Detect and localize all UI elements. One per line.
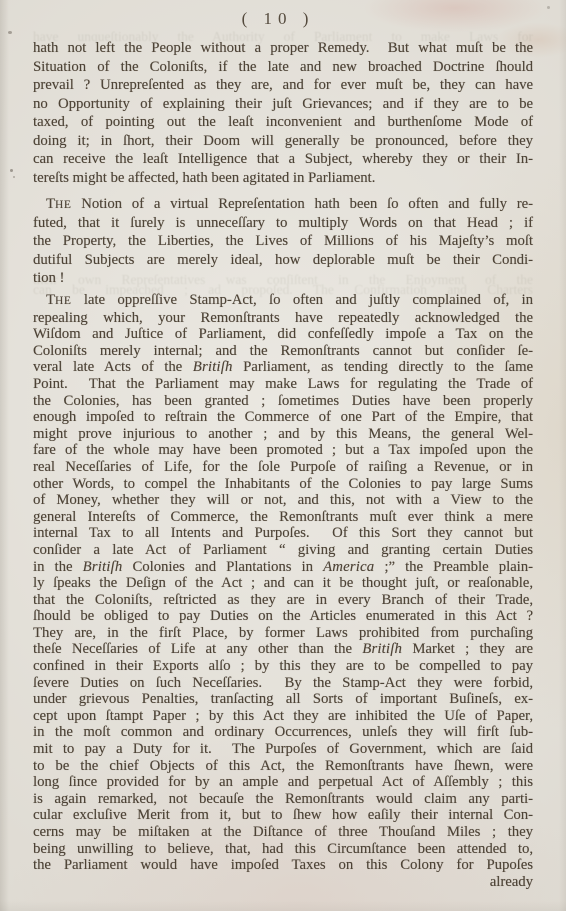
text-line: THE late oppreſſive Stamp-Act, ſo often … xyxy=(33,292,533,310)
text-line: the Property, the Liberties, the Lives o… xyxy=(33,232,533,250)
text-line: cerns may be miſtaken at the Diſtance of… xyxy=(33,824,533,841)
page-scan: { "page": { "header": { "page_number_dis… xyxy=(0,0,566,911)
text-line: ſevere Duties on ſuch Neceſſaries. By th… xyxy=(33,675,533,692)
paragraph: THE Notion of a virtual Repreſentation h… xyxy=(33,195,533,287)
text-line: being unwilling to believe, that, had th… xyxy=(33,841,533,858)
text-line: to be the chief Objects of this Act, the… xyxy=(33,758,533,775)
ink-speck xyxy=(13,176,15,178)
text-line: cept upon ſtampt Paper ; by this Act the… xyxy=(33,708,533,725)
text-line: They are, in the firſt Place, by former … xyxy=(33,625,533,642)
text-line: conſider a late Act of Parliament “ givi… xyxy=(33,542,533,559)
text-line: the Parliament would have impoſed Taxes … xyxy=(33,857,533,874)
paragraph: THE late oppreſſive Stamp-Act, ſo often … xyxy=(33,292,533,874)
text-line: might prove injurious to another ; and b… xyxy=(33,426,533,443)
text-line: internal Tax to all Intents and Purpoſes… xyxy=(33,525,533,542)
text-line: Point. That the Parliament may make Laws… xyxy=(33,376,533,393)
text-line: ſhould be obliged to pay Duties on the A… xyxy=(33,608,533,625)
text-line: doing it; in ſhort, their Doom will gene… xyxy=(33,132,533,151)
text-line: theſe Neceſſaries of Life at any other t… xyxy=(33,641,533,658)
text-line: no Opportunity of explaining their juſt … xyxy=(33,95,533,114)
text-line: can receive the leaſt Intelligence that … xyxy=(33,150,533,169)
paragraph: hath not left the People without a prope… xyxy=(33,39,533,187)
text-line: hath not left the People without a prope… xyxy=(33,39,533,58)
text-line: futed, that it ſurely is unneceſſary to … xyxy=(33,214,533,232)
text-line: confined in their Exports alſo ; by this… xyxy=(33,658,533,675)
text-line: veral late Acts of the Britiſh Parliamen… xyxy=(33,359,533,376)
text-line: dutiful Subjects are merely ideal, how d… xyxy=(33,251,533,269)
text-line: real Neceſſaries of Life, for the ſole P… xyxy=(33,459,533,476)
text-line: the Colonies, has been granted ; ſometim… xyxy=(33,393,533,410)
text-line: Coloniſts merely internal; and the Remon… xyxy=(33,343,533,360)
ink-speck xyxy=(8,31,12,34)
text-line: enough impoſed to reſtrain the Commerce … xyxy=(33,409,533,426)
text-line: prevail ? Unrepreſented as they are, and… xyxy=(33,76,533,95)
text-block: hath not left the People without a prope… xyxy=(33,39,533,891)
text-line: THE Notion of a virtual Repreſentation h… xyxy=(33,195,533,214)
catchword: already xyxy=(33,874,533,891)
text-line: fare of the whole may have been promoted… xyxy=(33,442,533,459)
text-line: that the Coloniſts, reſtricted as they a… xyxy=(33,592,533,609)
text-line: general Intereſts of Commerce, the Remon… xyxy=(33,509,533,526)
text-line: in the moſt common and ordinary Occurren… xyxy=(33,724,533,741)
text-line: under grievous Penalties, tranſacting al… xyxy=(33,691,533,708)
page-number: ( 10 ) xyxy=(232,9,325,28)
text-line: taxed, of pointing out the leaſt inconve… xyxy=(33,113,533,132)
text-line: repealing which, your Remonſtrants have … xyxy=(33,310,533,327)
ink-speck xyxy=(10,169,13,172)
text-line: Situation of the Coloniſts, if the late … xyxy=(33,58,533,77)
text-line: ly ſpeaks the Deſign of the Act ; and ca… xyxy=(33,575,533,592)
text-line: is again remarked, not becauſe the Remon… xyxy=(33,791,533,808)
text-line: in the Britiſh Colonies and Plantations … xyxy=(33,559,533,576)
text-line: long ſince provided for by an ample and … xyxy=(33,774,533,791)
text-line: mit to pay a Duty for it. The Purpoſes o… xyxy=(33,741,533,758)
ink-speck xyxy=(547,6,550,9)
text-line: tion ! xyxy=(33,269,533,287)
text-line: cular excluſive Merit from it, but to ſh… xyxy=(33,807,533,824)
text-line: Wiſdom and Juſtice of Parliament, did co… xyxy=(33,326,533,343)
text-line: of Money, whether they will or not, and … xyxy=(33,492,533,509)
text-line: tereſts might be affected, hath been agi… xyxy=(33,169,533,188)
page-header: ( 10 ) xyxy=(33,9,523,29)
text-line: other Words, to compel the Inhabitants o… xyxy=(33,476,533,493)
